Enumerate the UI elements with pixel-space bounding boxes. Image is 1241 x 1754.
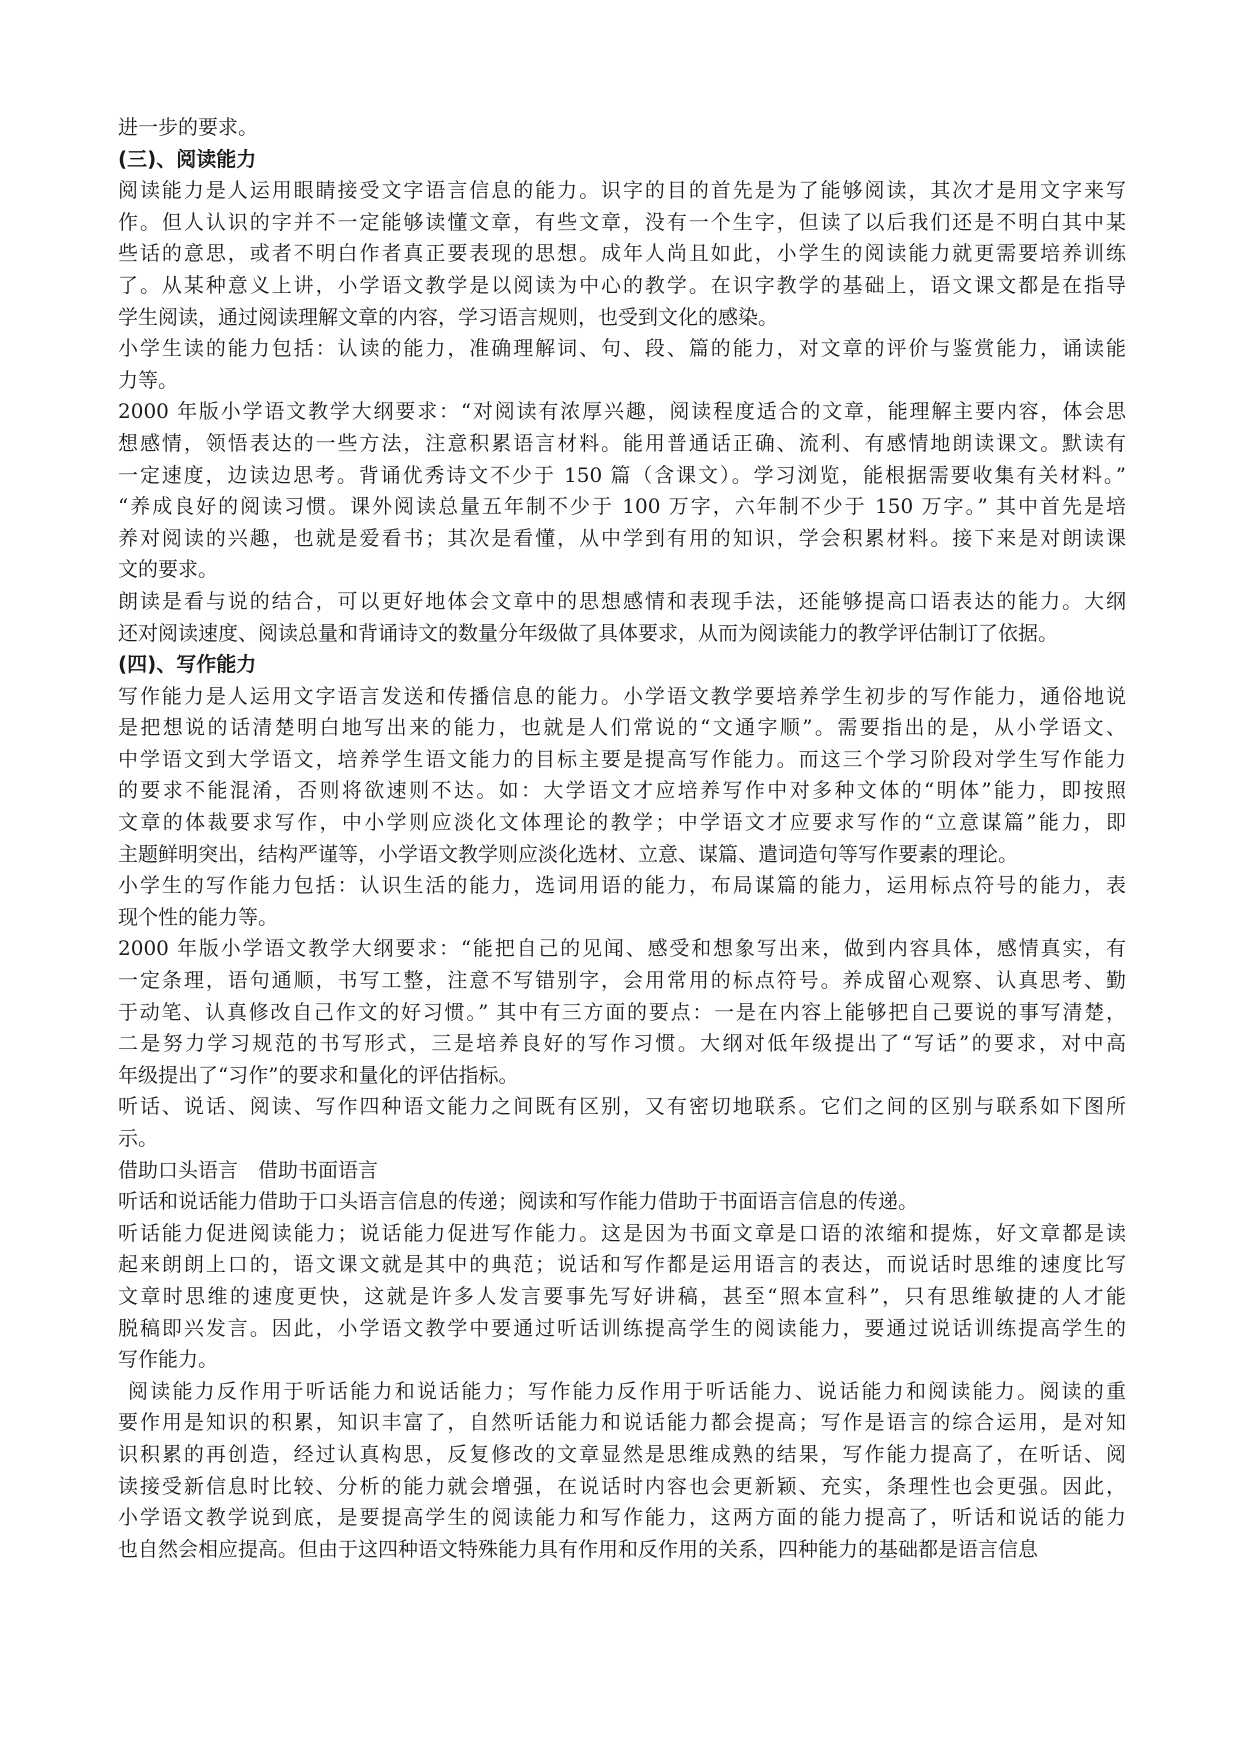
text-line: 还对阅读速度、阅读总量和背诵诗文的数量分年级做了具体要求，从而为阅读能力的教学评… [118, 618, 1126, 650]
paragraph: 听话和说话能力借助于口头语言信息的传递；阅读和写作能力借助于书面语言信息的传递。 [118, 1186, 1126, 1218]
text-line: 的要求不能混淆，否则将欲速则不达。如：大学语文才应培养写作中对多种文体的“明体”… [118, 775, 1126, 807]
text-line: 小学生的写作能力包括：认识生活的能力，选词用语的能力，布局谋篇的能力，运用标点符… [118, 870, 1126, 902]
paragraph: 2000 年版小学语文教学大纲要求：“能把自己的见闻、感受和想象写出来，做到内容… [118, 933, 1126, 1091]
text-line: 现个性的能力等。 [118, 902, 1126, 934]
text-line: 脱稿即兴发言。因此，小学语文教学中要通过听话训练提高学生的阅读能力，要通过说话训… [118, 1313, 1126, 1345]
text-line: 写作能力是人运用文字语言发送和传播信息的能力。小学语文教学要培养学生初步的写作能… [118, 681, 1126, 713]
text-line: 小学语文教学说到底，是要提高学生的阅读能力和写作能力，这两方面的能力提高了，听话… [118, 1502, 1126, 1534]
paragraph: 听话、说话、阅读、写作四种语文能力之间既有区别，又有密切地联系。它们之间的区别与… [118, 1091, 1126, 1154]
text-line: 养对阅读的兴趣，也就是爱看书；其次是看懂，从中学到有用的知识，学会积累材料。接下… [118, 523, 1126, 555]
text-line: 要作用是知识的积累，知识丰富了，自然听话能力和说话能力都会提高；写作是语言的综合… [118, 1407, 1126, 1439]
text-line: 于动笔、认真修改自己作文的好习惯。” 其中有三方面的要点：一是在内容上能够把自己… [118, 997, 1126, 1029]
text-line: 年级提出了“习作”的要求和量化的评估指标。 [118, 1060, 1126, 1092]
text-line: 想感情，领悟表达的一些方法，注意积累语言材料。能用普通话正确、流利、有感情地朗读… [118, 428, 1126, 460]
text-line: 是把想说的话清楚明白地写出来的能力，也就是人们常说的“文通字顺”。需要指出的是，… [118, 712, 1126, 744]
paragraph: 2000 年版小学语文教学大纲要求：“对阅读有浓厚兴趣，阅读程度适合的文章，能理… [118, 396, 1126, 586]
text-line: 听话、说话、阅读、写作四种语文能力之间既有区别，又有密切地联系。它们之间的区别与… [118, 1091, 1126, 1123]
text-line: 阅读能力是人运用眼睛接受文字语言信息的能力。识字的目的首先是为了能够阅读，其次才… [118, 175, 1126, 207]
text-line: 小学生读的能力包括：认读的能力，准确理解词、句、段、篇的能力，对文章的评价与鉴赏… [118, 333, 1126, 365]
text-line: 借助口头语言 借助书面语言 [118, 1155, 1126, 1187]
text-line: 写作能力。 [118, 1344, 1126, 1376]
paragraph: 阅读能力是人运用眼睛接受文字语言信息的能力。识字的目的首先是为了能够阅读，其次才… [118, 175, 1126, 333]
paragraph: 写作能力是人运用文字语言发送和传播信息的能力。小学语文教学要培养学生初步的写作能… [118, 681, 1126, 871]
text-line: “养成良好的阅读习惯。课外阅读总量五年制不少于 100 万字，六年制不少于 15… [118, 491, 1126, 523]
text-line: 读接受新信息时比较、分析的能力就会增强，在说话时内容也会更新颖、充实，条理性也会… [118, 1471, 1126, 1503]
text-line: 进一步的要求。 [118, 112, 1126, 144]
text-line: 示。 [118, 1123, 1126, 1155]
text-line: 一定条理，语句通顺，书写工整，注意不写错别字，会用常用的标点符号。养成留心观察、… [118, 965, 1126, 997]
text-line: 听话能力促进阅读能力；说话能力促进写作能力。这是因为书面文章是口语的浓缩和提炼，… [118, 1218, 1126, 1250]
text-line: 听话和说话能力借助于口头语言信息的传递；阅读和写作能力借助于书面语言信息的传递。 [118, 1186, 1126, 1218]
text-line: 2000 年版小学语文教学大纲要求：“对阅读有浓厚兴趣，阅读程度适合的文章，能理… [118, 396, 1126, 428]
text-line: 文章时思维的速度更快，这就是许多人发言要事先写好讲稿，甚至“照本宣科”，只有思维… [118, 1281, 1126, 1313]
text-line: 力等。 [118, 365, 1126, 397]
text-line: 些话的意思，或者不明白作者真正要表现的思想。成年人尚且如此，小学生的阅读能力就更… [118, 238, 1126, 270]
paragraph: 朗读是看与说的结合，可以更好地体会文章中的思想感情和表现手法，还能够提高口语表达… [118, 586, 1126, 649]
section-heading: (四)、写作能力 [118, 649, 1126, 681]
heading-text: (三)、阅读能力 [118, 144, 1126, 176]
text-line: 朗读是看与说的结合，可以更好地体会文章中的思想感情和表现手法，还能够提高口语表达… [118, 586, 1126, 618]
paragraph: 阅读能力反作用于听话能力和说话能力；写作能力反作用于听话能力、说话能力和阅读能力… [118, 1376, 1126, 1566]
text-line: 中学语文到大学语文，培养学生语文能力的目标主要是提高写作能力。而这三个学习阶段对… [118, 744, 1126, 776]
text-line: 也自然会相应提高。但由于这四种语文特殊能力具有作用和反作用的关系，四种能力的基础… [118, 1534, 1126, 1566]
heading-text: (四)、写作能力 [118, 649, 1126, 681]
text-line: 文章的体裁要求写作，中小学则应淡化文体理论的教学；中学语文才应要求写作的“立意谋… [118, 807, 1126, 839]
paragraph: 小学生读的能力包括：认读的能力，准确理解词、句、段、篇的能力，对文章的评价与鉴赏… [118, 333, 1126, 396]
text-line: 二是努力学习规范的书写形式，三是培养良好的写作习惯。大纲对低年级提出了“写话”的… [118, 1028, 1126, 1060]
text-line: 主题鲜明突出，结构严谨等，小学语文教学则应淡化选材、立意、谋篇、遣词造句等写作要… [118, 839, 1126, 871]
text-line: 起来朗朗上口的，语文课文就是其中的典范；说话和写作都是运用语言的表达，而说话时思… [118, 1249, 1126, 1281]
text-line: 文的要求。 [118, 554, 1126, 586]
text-line: 阅读能力反作用于听话能力和说话能力；写作能力反作用于听话能力、说话能力和阅读能力… [118, 1376, 1126, 1408]
paragraph: 小学生的写作能力包括：认识生活的能力，选词用语的能力，布局谋篇的能力，运用标点符… [118, 870, 1126, 933]
paragraph: 借助口头语言 借助书面语言 [118, 1155, 1126, 1187]
section-heading: (三)、阅读能力 [118, 144, 1126, 176]
paragraph: 进一步的要求。 [118, 112, 1126, 144]
paragraph: 听话能力促进阅读能力；说话能力促进写作能力。这是因为书面文章是口语的浓缩和提炼，… [118, 1218, 1126, 1376]
text-line: 2000 年版小学语文教学大纲要求：“能把自己的见闻、感受和想象写出来，做到内容… [118, 933, 1126, 965]
text-line: 作。但人认识的字并不一定能够读懂文章，有些文章，没有一个生字，但读了以后我们还是… [118, 207, 1126, 239]
text-line: 学生阅读，通过阅读理解文章的内容，学习语言规则，也受到文化的感染。 [118, 302, 1126, 334]
document-page: 进一步的要求。(三)、阅读能力阅读能力是人运用眼睛接受文字语言信息的能力。识字的… [118, 112, 1126, 1565]
text-line: 了。从某种意义上讲，小学语文教学是以阅读为中心的教学。在识字教学的基础上，语文课… [118, 270, 1126, 302]
text-line: 识积累的再创造，经过认真构思，反复修改的文章显然是思维成熟的结果，写作能力提高了… [118, 1439, 1126, 1471]
text-line: 一定速度，边读边思考。背诵优秀诗文不少于 150 篇（含课文）。学习浏览，能根据… [118, 460, 1126, 492]
